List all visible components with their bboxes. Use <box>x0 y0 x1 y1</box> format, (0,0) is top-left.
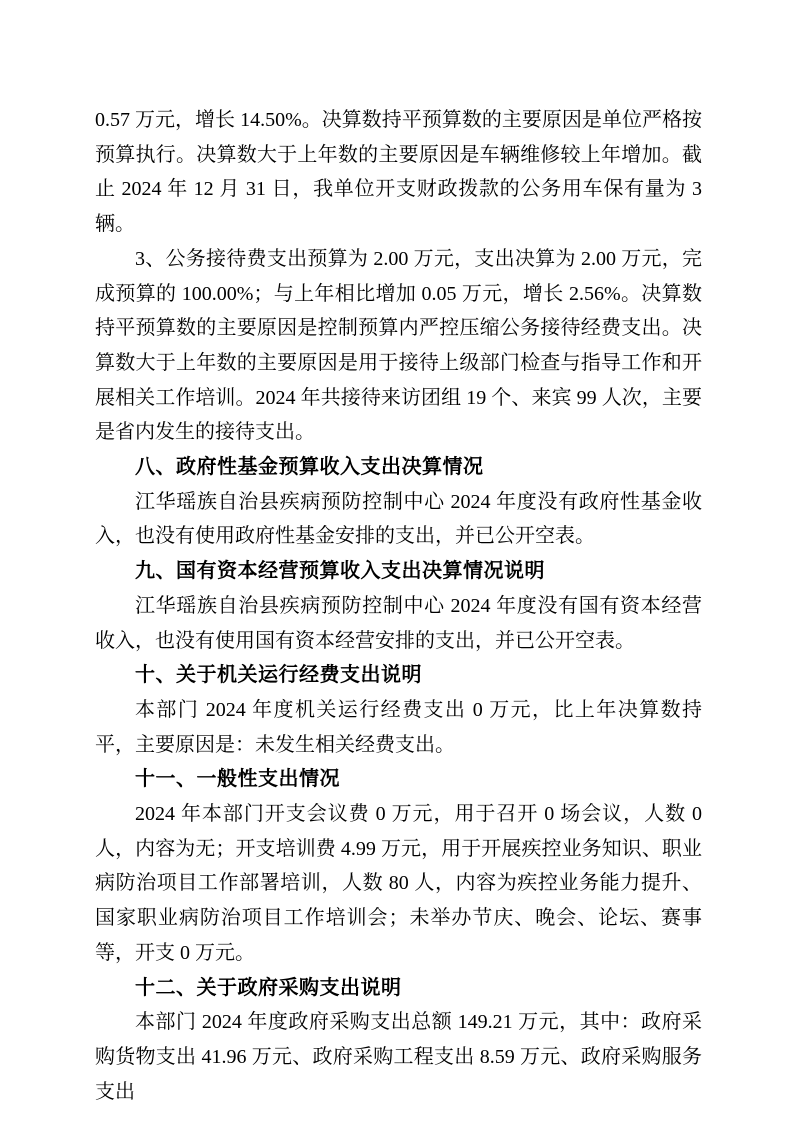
paragraph-agency-operating-expense: 本部门 2024 年度机关运行经费支出 0 万元，比上年决算数持平，主要原因是：… <box>95 693 702 762</box>
paragraph-general-expense-detail: 2024 年本部门开支会议费 0 万元，用于召开 0 场会议，人数 0 人，内容… <box>95 797 702 971</box>
document-body: 0.57 万元，增长 14.50%。决算数持平预算数的主要原因是单位严格按预算执… <box>95 103 702 1109</box>
paragraph-government-fund-statement: 江华瑶族自治县疾病预防控制中心 2024 年度没有政府性基金收入，也没有使用政府… <box>95 485 702 554</box>
paragraph-government-procurement-detail: 本部门 2024 年度政府采购支出总额 149.21 万元，其中：政府采购货物支… <box>95 1005 702 1109</box>
paragraph-vehicle-expense-continuation: 0.57 万元，增长 14.50%。决算数持平预算数的主要原因是单位严格按预算执… <box>95 103 702 242</box>
section-heading-8-government-fund-budget: 八、政府性基金预算收入支出决算情况 <box>95 450 702 485</box>
paragraph-state-capital-statement: 江华瑶族自治县疾病预防控制中心 2024 年度没有国有资本经营收入，也没有使用国… <box>95 589 702 658</box>
document-page: 0.57 万元，增长 14.50%。决算数持平预算数的主要原因是单位严格按预算执… <box>0 0 793 1122</box>
section-heading-11-general-expense: 十一、一般性支出情况 <box>95 762 702 797</box>
section-heading-9-state-capital-operation: 九、国有资本经营预算收入支出决算情况说明 <box>95 554 702 589</box>
section-heading-12-government-procurement: 十二、关于政府采购支出说明 <box>95 971 702 1006</box>
section-heading-10-agency-operating-expense: 十、关于机关运行经费支出说明 <box>95 658 702 693</box>
paragraph-official-reception-expense: 3、公务接待费支出预算为 2.00 万元，支出决算为 2.00 万元，完成预算的… <box>95 242 702 450</box>
